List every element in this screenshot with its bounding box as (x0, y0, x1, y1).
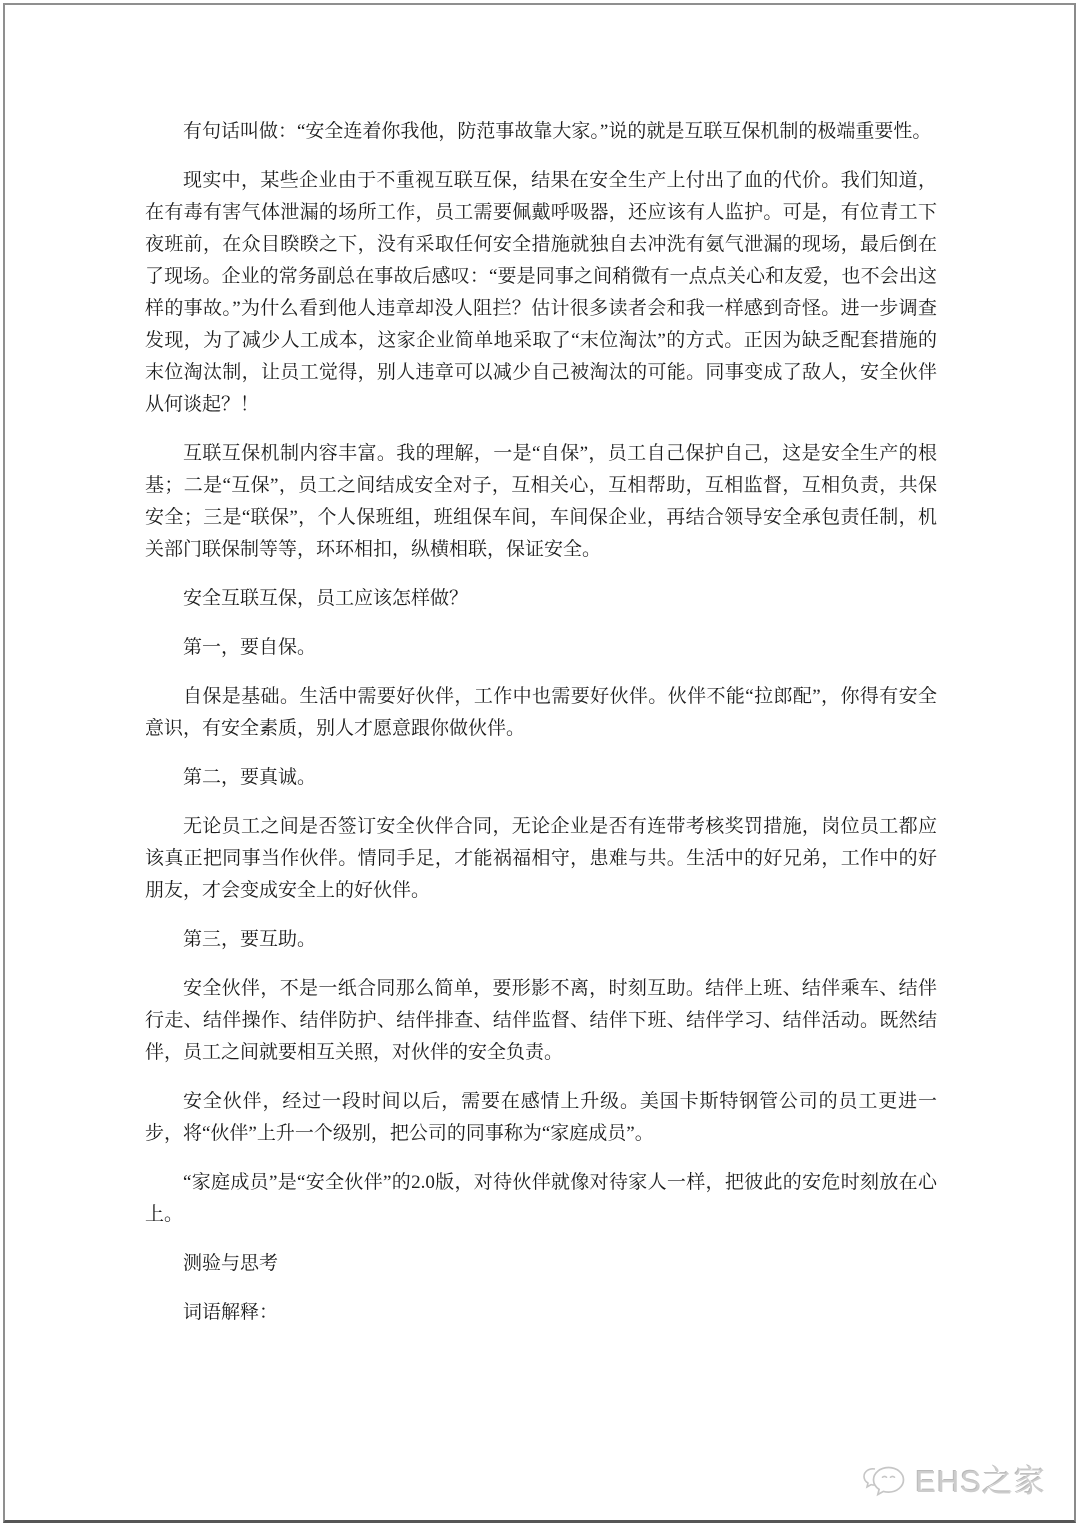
paragraph: 自保是基础。生活中需要好伙伴，工作中也需要好伙伴。伙伴不能“拉郎配”，你得有安全… (145, 681, 937, 745)
paragraph: 互联互保机制内容丰富。我的理解，一是“自保”，员工自己保护自己，这是安全生产的根… (145, 438, 937, 566)
watermark: EHS之家 (861, 1456, 1046, 1501)
paragraph: 第一，要自保。 (145, 632, 937, 664)
document-page: 有句话叫做：“安全连着你我他，防范事故靠大家。”说的就是互联互保机制的极端重要性… (0, 0, 1080, 1527)
paragraph: 现实中，某些企业由于不重视互联互保，结果在安全生产上付出了血的代价。我们知道，在… (145, 165, 937, 421)
watermark-label: EHS之家 (915, 1456, 1046, 1501)
paragraph: 第三，要互助。 (145, 924, 937, 956)
paragraph: 安全伙伴，经过一段时间以后，需要在感情上升级。美国卡斯特钢管公司的员工更进一步，… (145, 1086, 937, 1150)
paragraph: 安全互联互保，员工应该怎样做？ (145, 583, 937, 615)
paragraph: 词语解释： (145, 1297, 937, 1329)
paragraph: 安全伙伴，不是一纸合同那么简单，要形影不离，时刻互助。结伴上班、结伴乘车、结伴行… (145, 973, 937, 1069)
paragraph: “家庭成员”是“安全伙伴”的2.0版，对待伙伴就像对待家人一样，把彼此的安危时刻… (145, 1167, 937, 1231)
wechat-icon (861, 1459, 907, 1499)
paragraph: 无论员工之间是否签订安全伙伴合同，无论企业是否有连带考核奖罚措施，岗位员工都应该… (145, 811, 937, 907)
paragraph: 测验与思考 (145, 1248, 937, 1280)
document-body: 有句话叫做：“安全连着你我他，防范事故靠大家。”说的就是互联互保机制的极端重要性… (145, 116, 937, 1346)
paragraph: 有句话叫做：“安全连着你我他，防范事故靠大家。”说的就是互联互保机制的极端重要性… (145, 116, 937, 148)
paragraph: 第二，要真诚。 (145, 762, 937, 794)
